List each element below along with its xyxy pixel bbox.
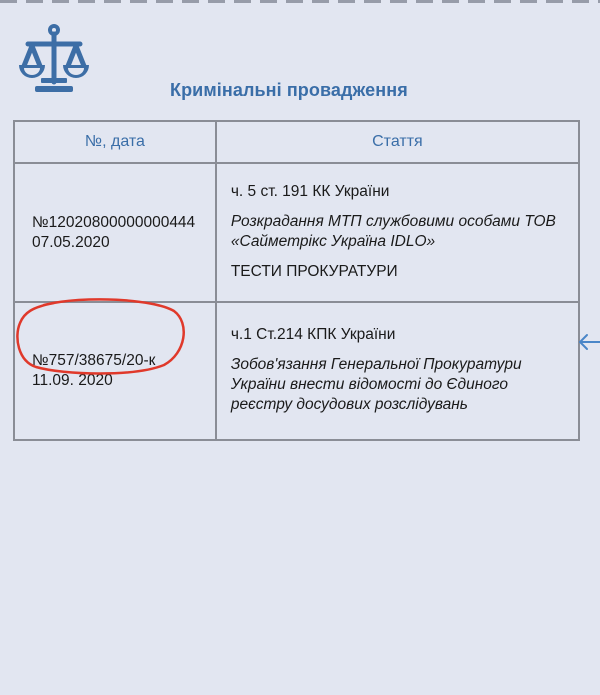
arrow-left-icon — [578, 332, 600, 352]
case-number: №757/38675/20-к — [32, 351, 215, 371]
criminal-proceedings-table: №, дата Стаття №12020800000000444 07.05.… — [13, 120, 580, 441]
column-header-number-date: №, дата — [14, 121, 216, 163]
page-title: Кримінальні провадження — [170, 80, 408, 101]
article-cell: ч. 5 ст. 191 КК України Розкрадання МТП … — [216, 163, 579, 302]
scales-of-justice-icon — [16, 22, 92, 94]
article-note: ТЕСТИ ПРОКУРАТУРИ — [231, 262, 568, 282]
article-reference: ч.1 Ст.214 КПК України — [231, 325, 568, 345]
column-header-article: Стаття — [216, 121, 579, 163]
case-number-cell: №12020800000000444 07.05.2020 — [14, 163, 216, 302]
article-description: Зобов'язання Генеральної Прокуратури Укр… — [231, 355, 568, 415]
top-dashed-divider — [0, 0, 600, 3]
case-date: 07.05.2020 — [32, 233, 215, 253]
table-row: №12020800000000444 07.05.2020 ч. 5 ст. 1… — [14, 163, 579, 302]
case-date: 11.09. 2020 — [32, 371, 215, 391]
case-number: №12020800000000444 — [32, 213, 215, 233]
article-cell: ч.1 Ст.214 КПК України Зобов'язання Гене… — [216, 302, 579, 440]
table-row: №757/38675/20-к 11.09. 2020 ч.1 Ст.214 К… — [14, 302, 579, 440]
table-header-row: №, дата Стаття — [14, 121, 579, 163]
article-reference: ч. 5 ст. 191 КК України — [231, 182, 568, 202]
case-number-cell: №757/38675/20-к 11.09. 2020 — [14, 302, 216, 440]
article-description: Розкрадання МТП службовими особами ТОВ «… — [231, 212, 568, 252]
